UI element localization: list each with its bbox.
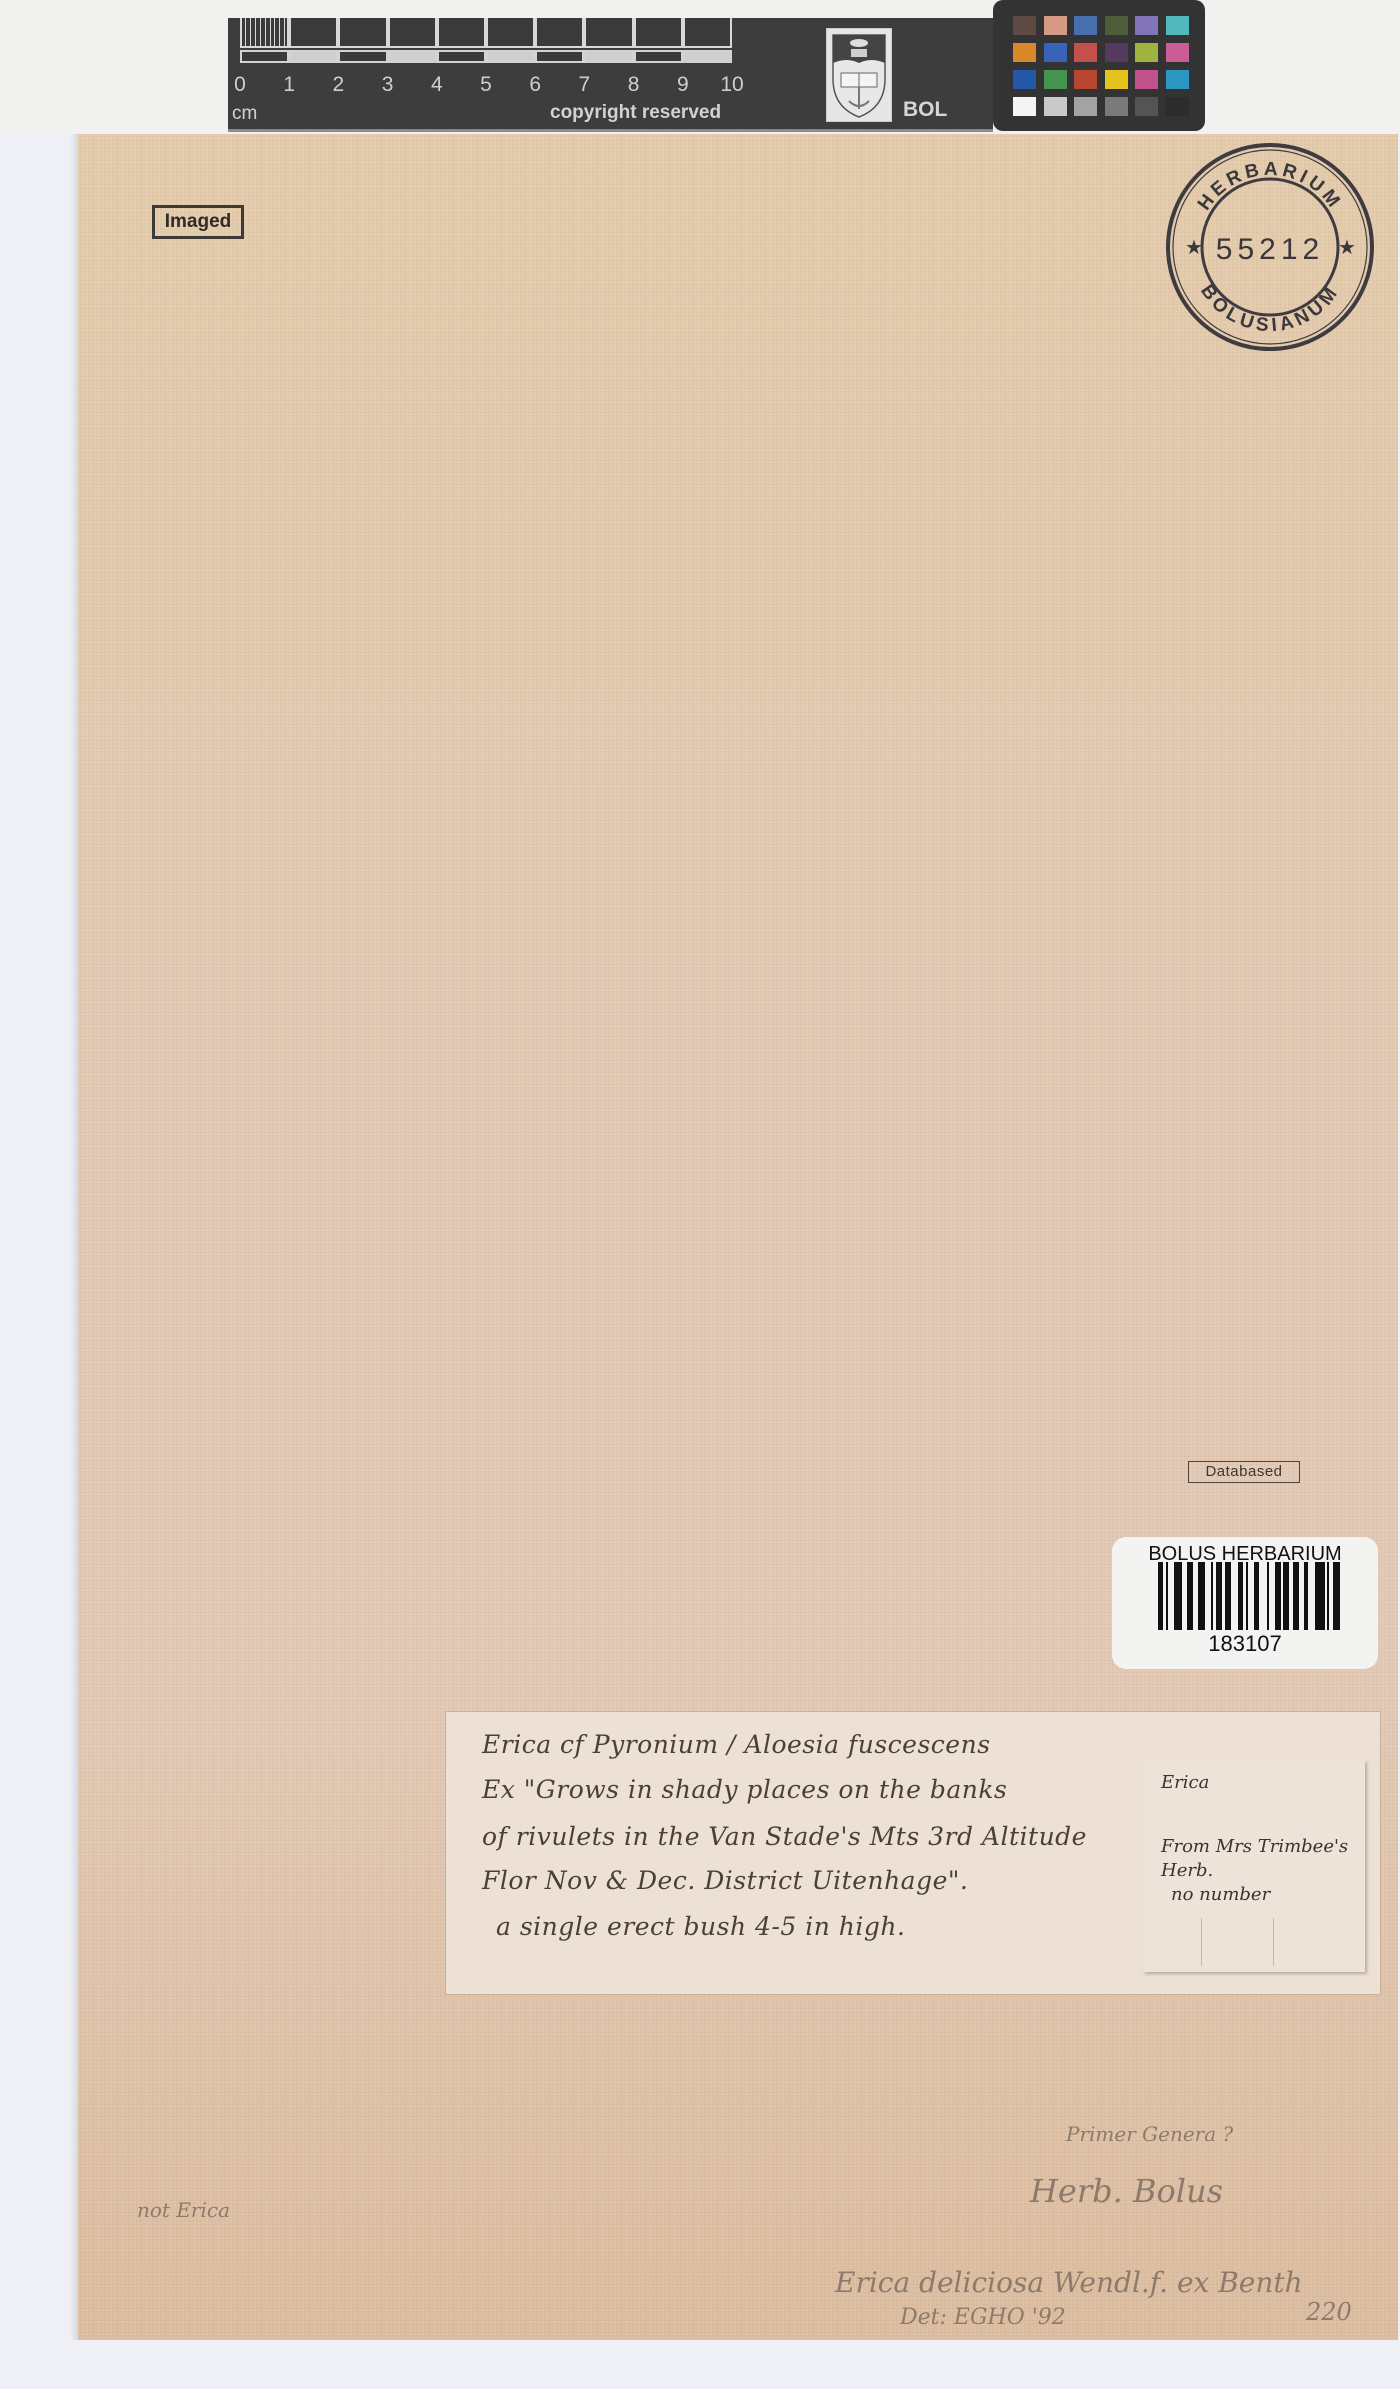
attached-card: Erica From Mrs Trimbee's Herb. no number	[1143, 1760, 1365, 1972]
ruler-block	[584, 18, 633, 48]
color-patch	[1044, 97, 1067, 116]
ruler-bar	[634, 50, 683, 63]
annotation-det-by: Det: EGHO '92	[900, 2305, 1066, 2330]
label-line: Erica cf Pyronium / Aloesia fuscescens	[482, 1730, 991, 1759]
color-patch	[1013, 70, 1036, 89]
ruler-mm-tick	[255, 18, 256, 48]
ruler-institution: BOL	[903, 98, 947, 122]
ruler-mm-tick	[250, 18, 251, 48]
ruler-block	[634, 18, 683, 48]
ruler-mm-tick	[270, 18, 271, 48]
barcode-bar	[1267, 1562, 1269, 1630]
ruler-digit: 3	[373, 73, 403, 97]
imaged-stamp: Imaged	[152, 205, 244, 239]
ruler-digit: 10	[717, 73, 747, 97]
ruler-digit: 6	[520, 73, 550, 97]
barcode-bar	[1211, 1562, 1213, 1630]
label-line: of rivulets in the Van Stade's Mts 3rd A…	[482, 1822, 1087, 1851]
color-patch	[1166, 70, 1189, 89]
color-patch	[1074, 43, 1097, 62]
svg-text:★: ★	[1338, 235, 1356, 259]
ruler-digit: 7	[569, 73, 599, 97]
barcode-bar	[1225, 1562, 1231, 1630]
color-patch	[1135, 16, 1158, 35]
svg-text:HERBARIUM: HERBARIUM	[1194, 159, 1346, 215]
barcode-bar	[1304, 1562, 1308, 1630]
barcode-bar	[1254, 1562, 1259, 1630]
ruler-digit: 8	[619, 73, 649, 97]
color-patch	[1135, 70, 1158, 89]
color-patch	[1105, 70, 1128, 89]
annotation-determination: Erica deliciosa Wendl.f. ex Benth	[835, 2266, 1303, 2299]
color-patch	[1013, 16, 1036, 35]
ruler-bar	[289, 50, 338, 63]
ruler-mm-tick	[245, 18, 246, 48]
ruler-mm-tick	[260, 18, 261, 48]
color-patch	[1074, 97, 1097, 116]
color-calibration-card	[993, 0, 1205, 131]
annotation-not-erica: not Erica	[137, 2198, 230, 2222]
ruler-digit: 2	[323, 73, 353, 97]
color-patch	[1105, 16, 1128, 35]
barcode-bar	[1293, 1562, 1299, 1630]
ruler-block	[338, 18, 387, 48]
barcode-bar	[1315, 1562, 1325, 1630]
ruler-mm-tick	[265, 18, 266, 48]
barcode-bar	[1333, 1562, 1340, 1630]
color-patch	[1166, 43, 1189, 62]
ruler-block	[486, 18, 535, 48]
card-fold	[1201, 1918, 1202, 1966]
ruler-digit: 9	[668, 73, 698, 97]
color-patch	[1166, 16, 1189, 35]
ruler-mm-tick	[274, 18, 275, 48]
ruler-unit: cm	[232, 103, 257, 125]
svg-text:★: ★	[1185, 235, 1203, 259]
ruler-block	[388, 18, 437, 48]
barcode-label: BOLUS HERBARIUM 183107	[1112, 1537, 1378, 1669]
barcode-bar	[1275, 1562, 1281, 1630]
color-patch	[1135, 97, 1158, 116]
color-patch	[1166, 97, 1189, 116]
label-line: Ex "Grows in shady places on the banks	[482, 1775, 1007, 1804]
barcode-bar	[1166, 1562, 1168, 1630]
ruler-bar	[338, 50, 387, 63]
ruler-block	[437, 18, 486, 48]
barcode-number: 183107	[1112, 1631, 1378, 1657]
card-fold	[1273, 1918, 1274, 1966]
color-patch	[1044, 43, 1067, 62]
ruler-block	[289, 18, 338, 48]
barcode-bar	[1198, 1562, 1205, 1630]
ruler-bar	[535, 50, 584, 63]
herbarium-sheet	[78, 134, 1398, 2340]
ruler-digit: 4	[422, 73, 452, 97]
herbarium-bolusianum-stamp: HERBARIUM BOLUSIANUM ★ ★ 55212	[1163, 140, 1377, 354]
barcode-bar	[1283, 1562, 1289, 1630]
barcode-bar	[1327, 1562, 1329, 1630]
svg-text:BOLUSIANUM: BOLUSIANUM	[1196, 281, 1344, 337]
databased-stamp: Databased	[1188, 1461, 1300, 1483]
barcode-bar	[1246, 1562, 1248, 1630]
color-patch	[1074, 70, 1097, 89]
shield-crest-icon	[826, 28, 892, 122]
color-patch	[1013, 43, 1036, 62]
card-line: From Mrs Trimbee's	[1161, 1836, 1348, 1857]
color-patch	[1105, 43, 1128, 62]
ruler-bar	[486, 50, 535, 63]
ruler-bar	[437, 50, 486, 63]
color-patch	[1044, 70, 1067, 89]
card-line: Erica	[1161, 1772, 1209, 1793]
ruler-block	[683, 18, 732, 48]
barcode-bar	[1158, 1562, 1163, 1630]
ruler-copyright: copyright reserved	[550, 102, 721, 124]
barcode-icon	[1158, 1562, 1344, 1630]
color-patch	[1135, 43, 1158, 62]
annotation-sheet-number: 220	[1306, 2298, 1352, 2326]
ruler-bar	[683, 50, 732, 63]
barcode-bar	[1238, 1562, 1243, 1630]
ruler-bar	[584, 50, 633, 63]
ruler-bar	[388, 50, 437, 63]
ruler-mm-tick	[284, 18, 285, 48]
ruler-digit: 0	[225, 73, 255, 97]
label-line: a single erect bush 4-5 in high.	[496, 1912, 905, 1941]
color-patch	[1013, 97, 1036, 116]
ruler-digit: 5	[471, 73, 501, 97]
card-line: Herb.	[1161, 1860, 1213, 1881]
scale-ruler: 012345678910 cm copyright reserved BOL	[228, 18, 993, 132]
color-patch	[1105, 97, 1128, 116]
ruler-bar	[240, 50, 289, 63]
barcode-bar	[1174, 1562, 1182, 1630]
barcode-bar	[1187, 1562, 1193, 1630]
color-patch	[1044, 16, 1067, 35]
ruler-block	[535, 18, 584, 48]
annotation-herb-bolus: Herb. Bolus	[1030, 2172, 1223, 2210]
color-patch	[1074, 16, 1097, 35]
annotation-primer-genera: Primer Genera ?	[1066, 2122, 1233, 2146]
barcode-bar	[1216, 1562, 1222, 1630]
svg-text:55212: 55212	[1216, 233, 1324, 266]
ruler-mm-tick	[279, 18, 280, 48]
ruler-digit: 1	[274, 73, 304, 97]
card-line: no number	[1171, 1884, 1270, 1905]
label-line: Flor Nov & Dec. District Uitenhage".	[482, 1866, 968, 1895]
